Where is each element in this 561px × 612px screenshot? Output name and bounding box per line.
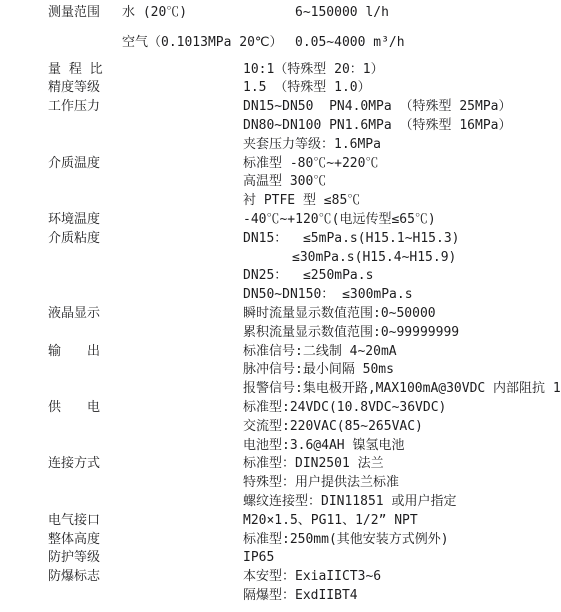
- spec-row-value: 1.5 （特殊型 1.0）: [243, 79, 561, 98]
- spec-row: 衬 PTFE 型 ≤85℃: [0, 192, 561, 211]
- spec-row-label: 液晶显示: [48, 305, 243, 324]
- spec-row-value: DN25： ≤250mPa.s: [243, 267, 561, 286]
- spec-row-label: 精度等级: [48, 79, 243, 98]
- spec-row: 防爆标志 本安型：ExiaIICT3~6: [0, 568, 561, 587]
- spec-row: 量 程 比 10:1（特殊型 20：1）: [0, 61, 561, 80]
- spec-row: 报警信号:集电极开路,MAX100mA@30VDC 内部阻抗 100Ω: [0, 380, 561, 399]
- spec-row-value: 特殊型：用户提供法兰标准: [243, 474, 561, 493]
- spec-row: 空气（0.1013MPa 20℃） 0.05~4000 m³/h: [0, 34, 561, 53]
- spec-row: 介质温度 标准型 -80℃~+220℃: [0, 155, 561, 174]
- spec-row: 累积流量显示数值范围:0~99999999: [0, 324, 561, 343]
- spec-row-value: 10:1（特殊型 20：1）: [243, 61, 561, 80]
- spec-row-value: 电池型:3.6@4AH 镍氢电池: [243, 437, 561, 456]
- spec-row-value: 标准型:250mm(其他安装方式例外): [243, 531, 561, 550]
- spec-row-value: DN80~DN100 PN1.6MPa （特殊型 16MPa）: [243, 117, 561, 136]
- spec-row: 输 出 标准信号:二线制 4~20mA: [0, 343, 561, 362]
- spec-row: 整体高度 标准型:250mm(其他安装方式例外): [0, 531, 561, 550]
- spec-row-value: DN50~DN150： ≤300mPa.s: [243, 286, 561, 305]
- spec-sheet-page: 测量范围 水 (20℃) 6~150000 l/h 空气（0.1013MPa 2…: [0, 0, 561, 612]
- spec-row-value: 0.05~4000 m³/h: [295, 34, 561, 53]
- spec-row: 交流型:220VAC(85~265VAC): [0, 418, 561, 437]
- spec-row-label: 工作压力: [48, 98, 243, 117]
- spec-row-value: M20×1.5、PG11、1/2” NPT: [243, 512, 561, 531]
- spec-row-medium: 空气（0.1013MPa 20℃）: [122, 34, 295, 53]
- spec-row: 供 电 标准型:24VDC(10.8VDC~36VDC): [0, 399, 561, 418]
- spec-row-value: 螺纹连接型：DIN11851 或用户指定: [243, 493, 561, 512]
- spec-row: 螺纹连接型：DIN11851 或用户指定: [0, 493, 561, 512]
- spec-row-value: 标准型 -80℃~+220℃: [243, 155, 561, 174]
- spec-row-label: 电气接口: [48, 512, 243, 531]
- spec-row: 电气接口 M20×1.5、PG11、1/2” NPT: [0, 512, 561, 531]
- spec-table: 测量范围 水 (20℃) 6~150000 l/h 空气（0.1013MPa 2…: [0, 4, 561, 606]
- spec-row: 环境温度 -40℃~+120℃(电远传型≤65℃): [0, 211, 561, 230]
- spec-row: 测量范围 水 (20℃) 6~150000 l/h: [0, 4, 561, 23]
- spec-row-label: 测量范围: [48, 4, 122, 23]
- spec-row: ≤30mPa.s(H15.4~H15.9): [0, 249, 561, 268]
- spec-row-value: 报警信号:集电极开路,MAX100mA@30VDC 内部阻抗 100Ω: [243, 380, 561, 399]
- spec-row: 精度等级 1.5 （特殊型 1.0）: [0, 79, 561, 98]
- spec-row: 夹套压力等级：1.6MPa: [0, 136, 561, 155]
- spec-row-value: 衬 PTFE 型 ≤85℃: [243, 192, 561, 211]
- spec-row-label: 量 程 比: [48, 61, 243, 80]
- spec-row-value: IP65: [243, 549, 561, 568]
- spec-row: 液晶显示 瞬时流量显示数值范围:0~50000: [0, 305, 561, 324]
- spec-row: DN25： ≤250mPa.s: [0, 267, 561, 286]
- spec-row-value: DN15~DN50 PN4.0MPa （特殊型 25MPa）: [243, 98, 561, 117]
- spec-row: 脉冲信号:最小间隔 50ms: [0, 361, 561, 380]
- spec-row-label: 防护等级: [48, 549, 243, 568]
- spec-row-value: 脉冲信号:最小间隔 50ms: [243, 361, 561, 380]
- spec-row-label: 环境温度: [48, 211, 243, 230]
- spec-row-label: 供 电: [48, 399, 243, 418]
- spec-row: DN80~DN100 PN1.6MPa （特殊型 16MPa）: [0, 117, 561, 136]
- spec-row-label: 防爆标志: [48, 568, 243, 587]
- spec-row-value: DN15： ≤5mPa.s(H15.1~H15.3): [243, 230, 561, 249]
- spec-row: 高温型 300℃: [0, 173, 561, 192]
- spec-row-value: 本安型：ExiaIICT3~6: [243, 568, 561, 587]
- spec-row-value: 累积流量显示数值范围:0~99999999: [243, 324, 561, 343]
- spec-row: 防护等级 IP65: [0, 549, 561, 568]
- spec-row: 隔爆型：ExdIIBT4: [0, 587, 561, 606]
- spec-row-label: 介质粘度: [48, 230, 243, 249]
- spec-row: DN50~DN150： ≤300mPa.s: [0, 286, 561, 305]
- spec-row-label: 输 出: [48, 343, 243, 362]
- spec-row: 电池型:3.6@4AH 镍氢电池: [0, 437, 561, 456]
- spec-row-value: -40℃~+120℃(电远传型≤65℃): [243, 211, 561, 230]
- spec-row-label: 整体高度: [48, 531, 243, 550]
- spec-row-medium: 水 (20℃): [122, 4, 295, 23]
- spec-row: 特殊型：用户提供法兰标准: [0, 474, 561, 493]
- spec-row-value: 标准型:24VDC(10.8VDC~36VDC): [243, 399, 561, 418]
- spec-row: 连接方式 标准型：DIN2501 法兰: [0, 455, 561, 474]
- spec-row-value: 夹套压力等级：1.6MPa: [243, 136, 561, 155]
- spec-row-value: 隔爆型：ExdIIBT4: [243, 587, 561, 606]
- spec-row-value: 瞬时流量显示数值范围:0~50000: [243, 305, 561, 324]
- spec-row-label: 连接方式: [48, 455, 243, 474]
- spec-row: 介质粘度 DN15： ≤5mPa.s(H15.1~H15.3): [0, 230, 561, 249]
- spec-row-value: 6~150000 l/h: [295, 4, 561, 23]
- spec-row-value: 交流型:220VAC(85~265VAC): [243, 418, 561, 437]
- spec-row-value: 标准信号:二线制 4~20mA: [243, 343, 561, 362]
- spec-row: 工作压力 DN15~DN50 PN4.0MPa （特殊型 25MPa）: [0, 98, 561, 117]
- spec-row-label: 介质温度: [48, 155, 243, 174]
- spec-row-value: ≤30mPa.s(H15.4~H15.9): [243, 249, 561, 268]
- spec-row-value: 高温型 300℃: [243, 173, 561, 192]
- spec-row-value: 标准型：DIN2501 法兰: [243, 455, 561, 474]
